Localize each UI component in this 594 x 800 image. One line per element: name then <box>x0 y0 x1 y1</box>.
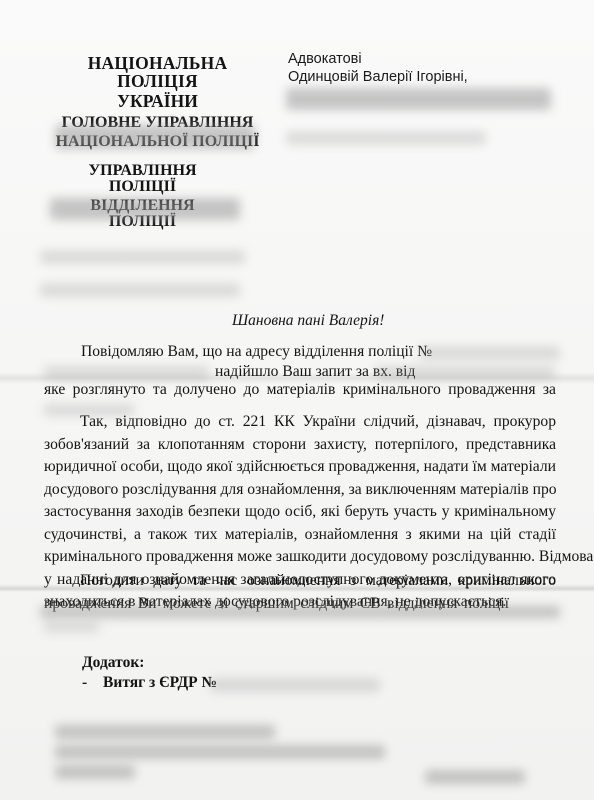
word: провадження <box>448 381 535 399</box>
paragraph-2-line: юридичної особи, щодо якої здійснюється … <box>44 456 556 479</box>
greeting: Шановна пані Валерія! <box>232 312 384 330</box>
redacted-signature <box>55 765 135 779</box>
paragraph-2-line: Так, відповідно до ст. 221 КК України сл… <box>44 411 556 434</box>
sender-line: НАЦІОНАЛЬНА ПОЛІЦІЯ <box>50 55 265 90</box>
paragraph-1-line-1: Повідомляю Вам, що на адресу відділення … <box>81 343 432 361</box>
paragraph-2-line: судочинстві, а також тих матеріалів, озн… <box>44 524 556 547</box>
paragraph-3-line: Погодити дату та час ознайомлення з мате… <box>44 570 556 593</box>
paragraph-2-line: застосування заходів безпеки щодо осіб, … <box>44 501 556 524</box>
redacted-block <box>40 283 240 297</box>
redacted-block <box>286 88 551 110</box>
word: долучено <box>174 381 236 399</box>
attachment-item-text: Витяг з ЄРДР № <box>103 674 217 691</box>
word: кримінального <box>343 381 441 399</box>
recipient-line: Адвокатові <box>288 50 468 68</box>
word: за <box>543 381 556 399</box>
redacted-block <box>55 125 255 149</box>
redacted-block <box>40 250 245 264</box>
bullet: - <box>82 674 87 691</box>
redacted-block <box>210 678 380 692</box>
paragraph-2-line: досудового розслідування для ознайомленн… <box>44 479 556 502</box>
redacted-block <box>286 131 486 145</box>
paragraph-2-line: кримінального провадження може зашкодити… <box>44 546 556 569</box>
recipient-block: Адвокатові Одинцовій Валерії Ігорівні, <box>288 50 468 86</box>
redacted-block <box>50 198 240 220</box>
redacted-block <box>44 366 209 380</box>
word: матеріалів <box>267 381 336 399</box>
word: та <box>153 381 167 399</box>
redacted-signature <box>425 770 525 784</box>
paragraph-1-line-3: яке розглянуто та долучено до матеріалів… <box>44 381 556 399</box>
attachment-item: - Витяг з ЄРДР № <box>82 674 217 692</box>
word: до <box>244 381 260 399</box>
redacted-block <box>40 606 560 618</box>
paragraph-2-line: зобов'язаний за клопотанням сторони захи… <box>44 434 556 457</box>
redacted-block <box>375 366 555 380</box>
word: розглянуто <box>73 381 146 399</box>
redacted-block <box>44 622 99 632</box>
redacted-block <box>420 346 560 360</box>
redacted-signature <box>55 745 385 759</box>
redacted-signature <box>55 725 275 739</box>
attachment-title: Додаток: <box>82 654 144 672</box>
word: яке <box>44 381 65 399</box>
recipient-line: Одинцовій Валерії Ігорівні, <box>288 68 468 86</box>
sender-line: УКРАЇНИ <box>50 93 265 111</box>
sender-line: УПРАВЛІННЯ ПОЛІЦІЇ <box>55 163 230 195</box>
